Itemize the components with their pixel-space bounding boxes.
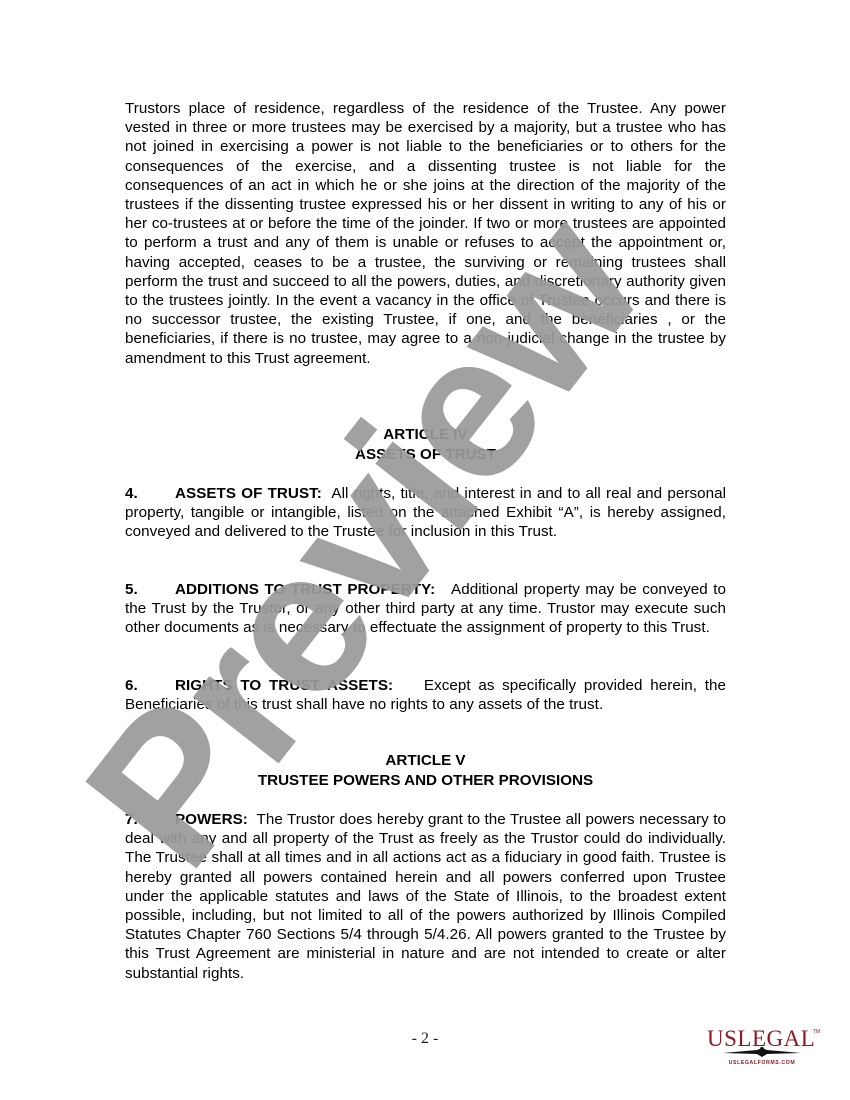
section-heading: ADDITIONS TO TRUST PROPERTY: bbox=[175, 581, 435, 598]
section-number: 6. bbox=[125, 676, 175, 695]
section-number: 7. bbox=[125, 810, 175, 829]
document-page: Trustors place of residence, regardless … bbox=[0, 0, 850, 1100]
article-iv-heading: ARTICLE IV ASSETS OF TRUST bbox=[125, 425, 726, 464]
section-4: 4.ASSETS OF TRUST: All rights, title, an… bbox=[125, 484, 726, 542]
intro-paragraph-text: Trustors place of residence, regardless … bbox=[125, 99, 726, 368]
article-v-heading: ARTICLE V TRUSTEE POWERS AND OTHER PROVI… bbox=[125, 751, 726, 790]
section-heading: POWERS: bbox=[175, 811, 248, 828]
section-6: 6.RIGHTS TO TRUST ASSETS: Except as spec… bbox=[125, 676, 726, 714]
section-number: 5. bbox=[125, 580, 175, 599]
article-iv-title: ARTICLE IV bbox=[125, 425, 726, 445]
logo-url-text: USLEGALFORMS.COM bbox=[729, 1060, 796, 1066]
section-heading: RIGHTS TO TRUST ASSETS: bbox=[175, 677, 393, 694]
logo-trademark: TM bbox=[813, 1029, 820, 1035]
article-iv-subtitle: ASSETS OF TRUST bbox=[125, 445, 726, 465]
intro-paragraph: Trustors place of residence, regardless … bbox=[125, 99, 726, 368]
section-heading: ASSETS OF TRUST: bbox=[175, 485, 322, 502]
section-7: 7.POWERS: The Trustor does hereby grant … bbox=[125, 810, 726, 983]
section-text: The Trustor does hereby grant to the Tru… bbox=[125, 811, 726, 982]
section-5: 5.ADDITIONS TO TRUST PROPERTY: Additiona… bbox=[125, 580, 726, 638]
article-v-subtitle: TRUSTEE POWERS AND OTHER PROVISIONS bbox=[125, 771, 726, 791]
section-number: 4. bbox=[125, 484, 175, 503]
article-v-title: ARTICLE V bbox=[125, 751, 726, 771]
uslegal-logo: USLEGAL TM USLEGALFORMS.COM bbox=[705, 1024, 820, 1070]
